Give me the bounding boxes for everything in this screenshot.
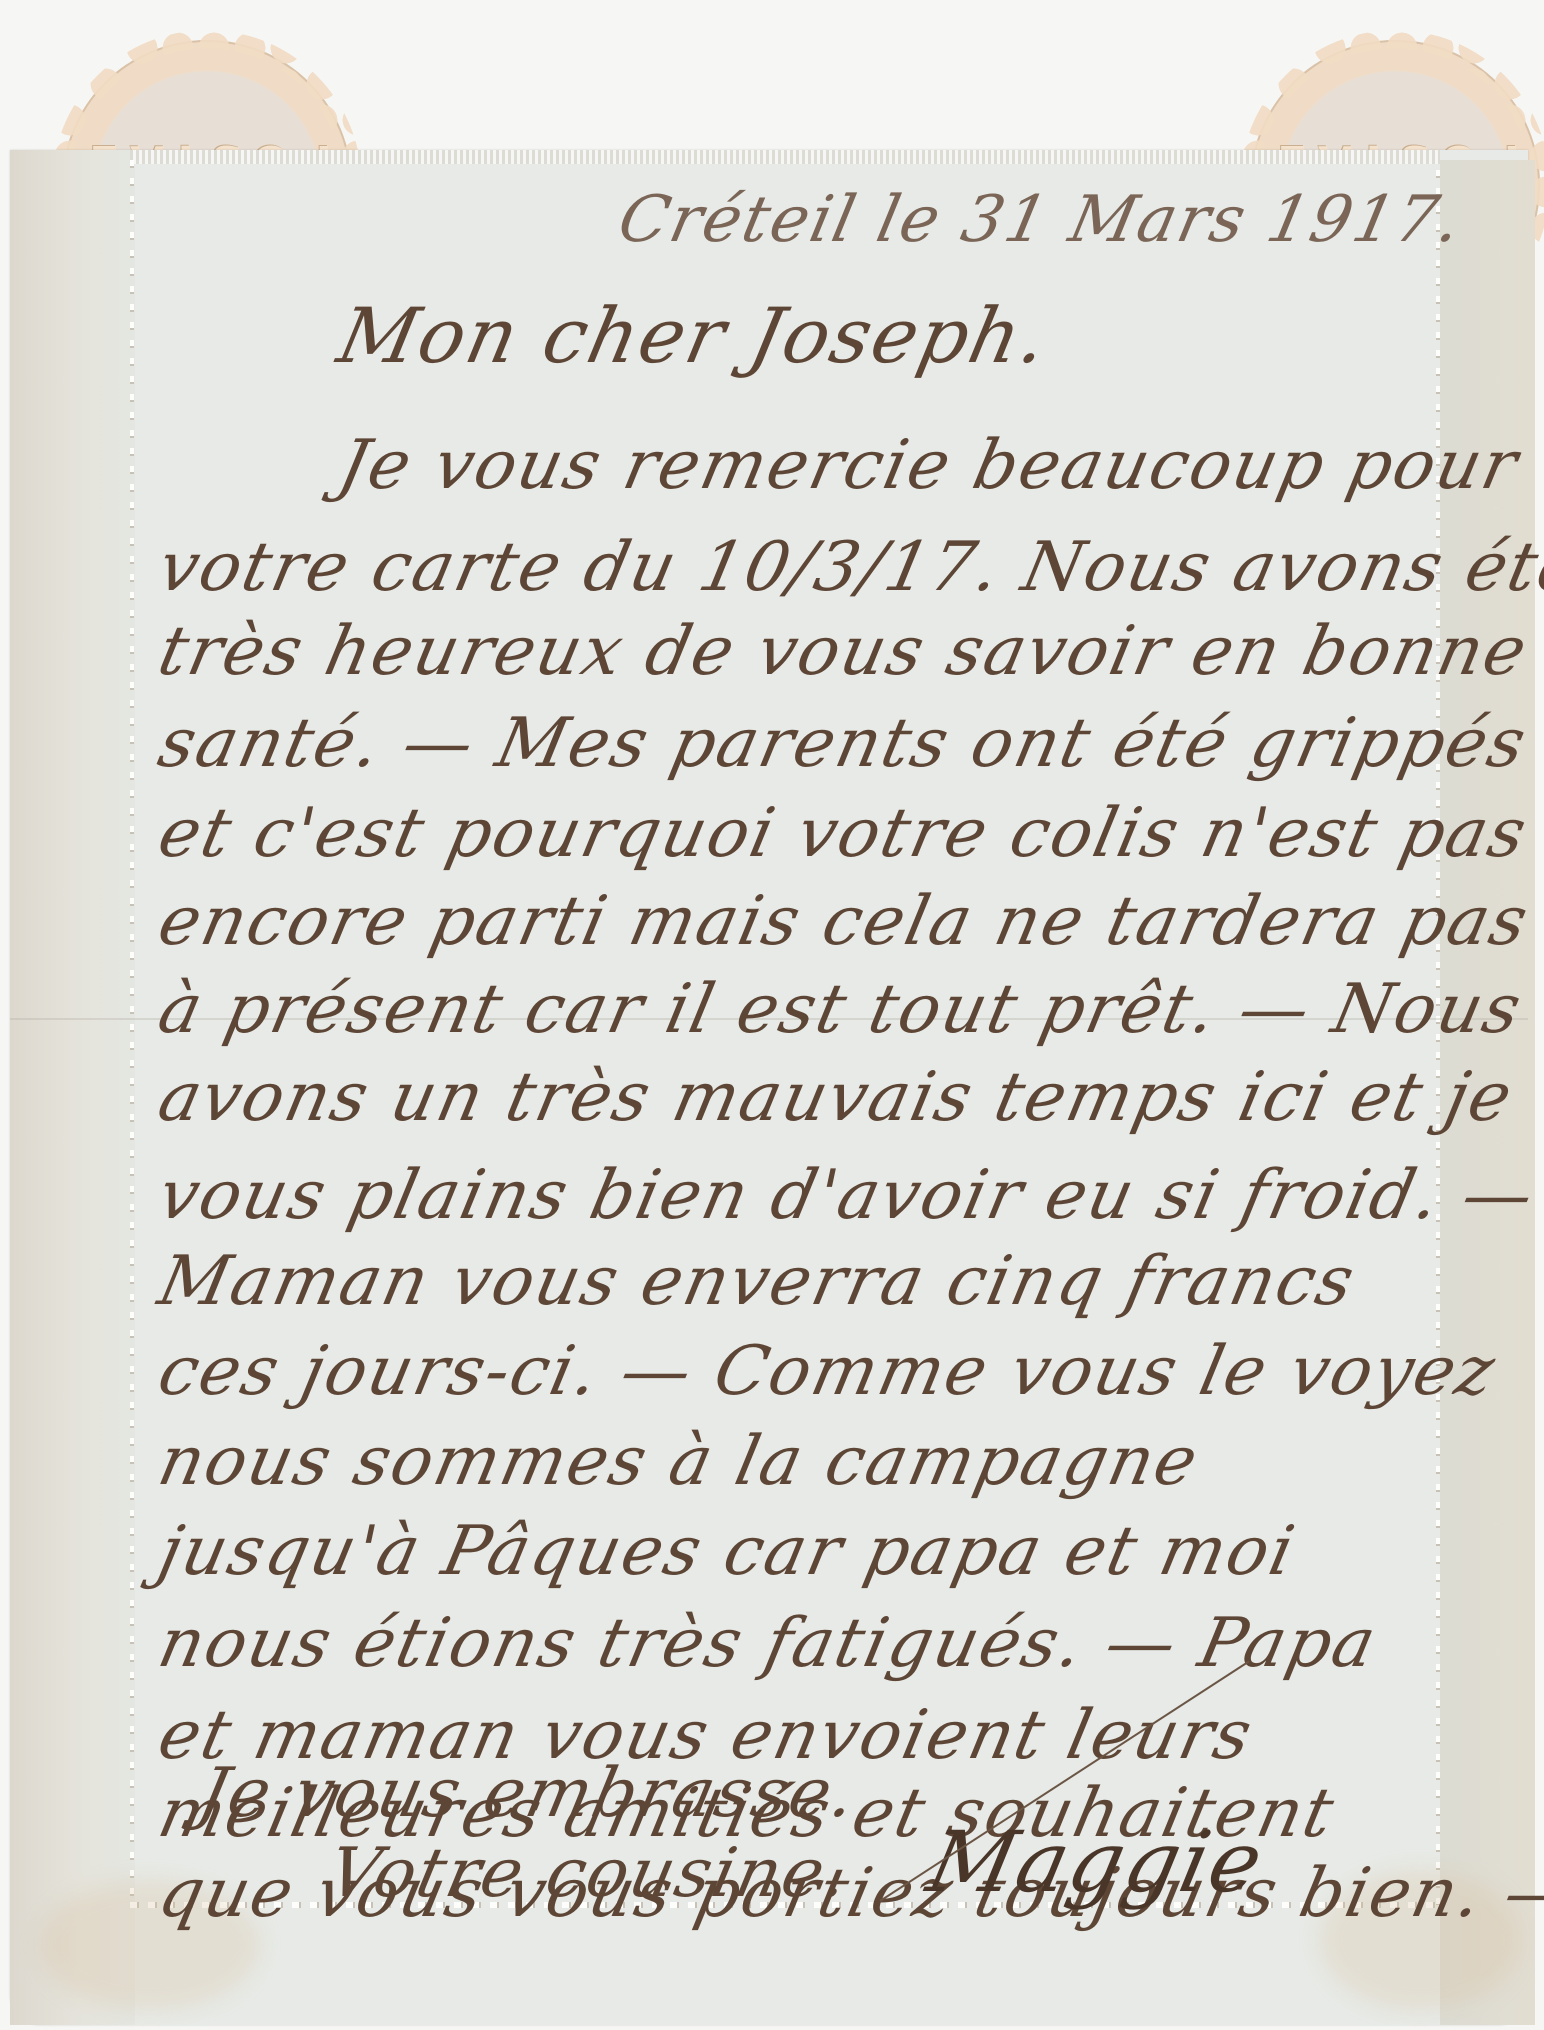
closing-line: Je vous embrasse.: [193, 1760, 863, 1828]
body-line: et c'est pourquoi votre colis n'est pas: [153, 800, 1534, 868]
body-line: Je vous remercie beaucoup pour: [333, 432, 1525, 500]
body-line: jusqu'à Pâques car papa et moi: [153, 1518, 1302, 1586]
left-margin-strip: [10, 150, 135, 2025]
handwritten-letter: Créteil le 31 Mars 1917. Mon cher Joseph…: [140, 150, 1440, 1900]
date-line: Créteil le 31 Mars 1917.: [613, 188, 1468, 252]
body-line: vous plains bien d'avoir eu si froid. —: [153, 1162, 1541, 1230]
body-line: ces jours-ci. — Comme vous le voyez: [153, 1338, 1502, 1406]
body-line: Maman vous enverra cinq francs: [153, 1248, 1361, 1316]
body-line: avons un très mauvais temps ici et je: [153, 1064, 1519, 1132]
letter-closing: Je vous embrasse. Votre cousine. Maggie: [140, 1650, 1440, 1950]
left-perforation: [130, 160, 134, 1905]
body-line: santé. — Mes parents ont été grippés: [153, 710, 1533, 778]
body-line: encore parti mais cela ne tardera pas: [153, 888, 1535, 956]
salutation: Mon cher Joseph.: [332, 298, 1056, 374]
body-line: nous sommes à la campagne: [153, 1428, 1205, 1496]
signature: Maggie: [921, 1820, 1271, 1904]
body-line: votre carte du 10/3/17. Nous avons été: [153, 534, 1544, 602]
body-line: à présent car il est tout prêt. — Nous: [153, 976, 1528, 1044]
body-line: très heureux de vous savoir en bonne: [153, 618, 1534, 686]
signoff-line: Votre cousine.: [323, 1840, 856, 1908]
